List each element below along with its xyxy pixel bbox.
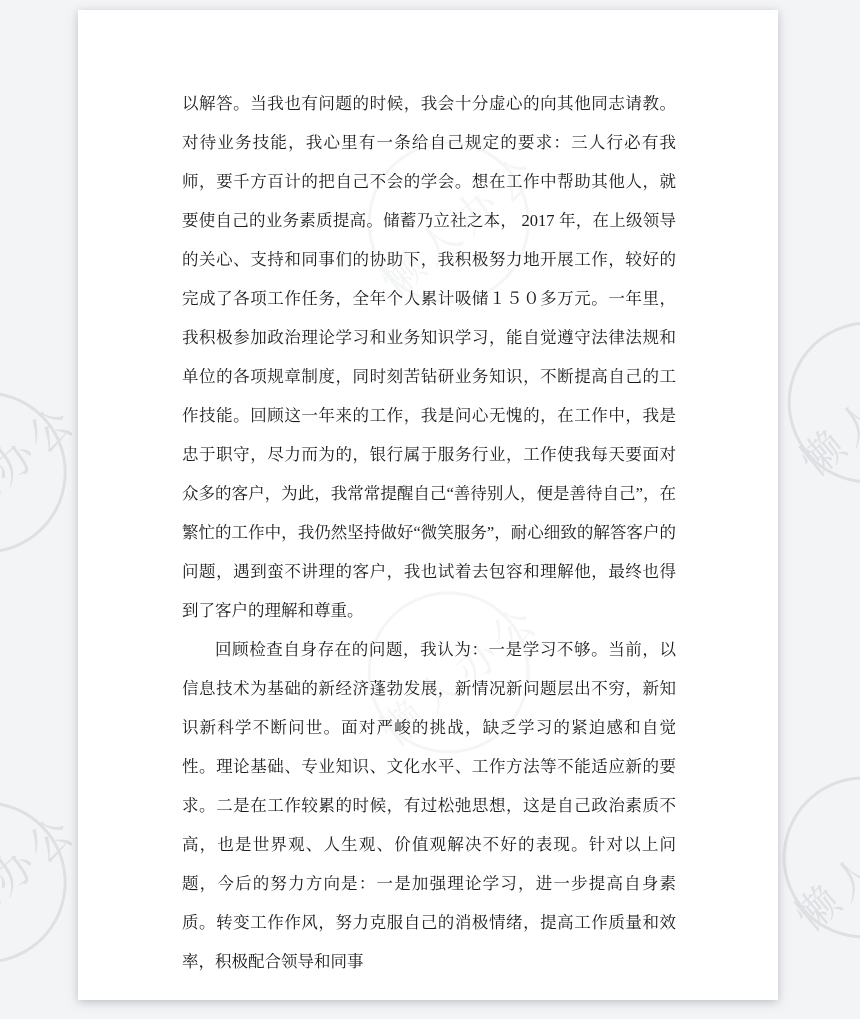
page-background: { "colors": { "background": "#f3f4f6", "…	[0, 0, 860, 1019]
document-body: 以解答。当我也有问题的时候，我会十分虚心的向其他同志请教。对待业务技能，我心里有…	[182, 84, 676, 981]
paragraph: 以解答。当我也有问题的时候，我会十分虚心的向其他同志请教。对待业务技能，我心里有…	[182, 84, 676, 630]
watermark: 懒人办公	[781, 774, 860, 943]
paragraph: 回顾检查自身存在的问题，我认为：一是学习不够。当前，以信息技术为基础的新经济蓬勃…	[182, 630, 676, 981]
watermark: 懒人办公	[786, 319, 860, 488]
watermark: 懒人办公	[0, 389, 88, 558]
watermark: 懒人办公	[0, 799, 88, 968]
